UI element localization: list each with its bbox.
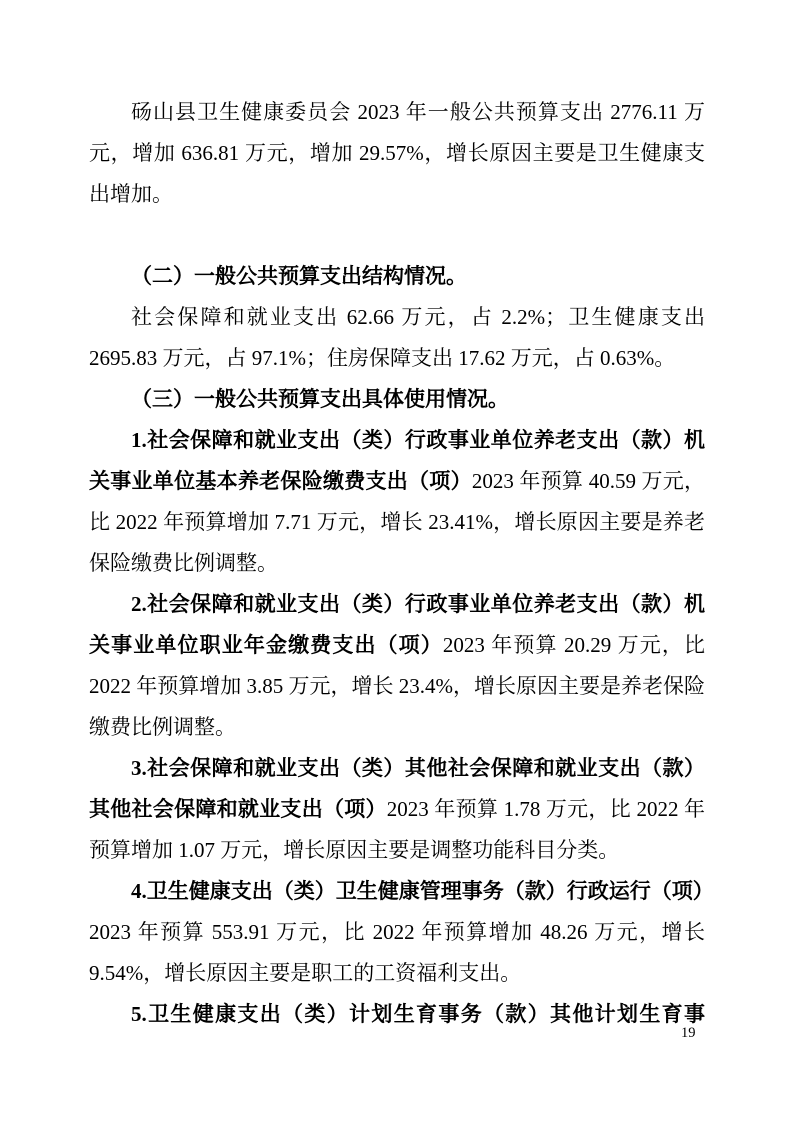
budget-item-5-title: 5.卫生健康支出（类）计划生育事务（款）其他计划生育事 <box>131 1002 705 1026</box>
page-number: 19 <box>681 1023 696 1043</box>
expenditure-structure-paragraph: 社会保障和就业支出 62.66 万元，占 2.2%；卫生健康支出 2695.83… <box>89 297 705 379</box>
budget-item-4-detail: 2023 年预算 553.91 万元，比 2022 年预算增加 48.26 万元… <box>89 920 705 985</box>
intro-paragraph: 砀山县卫生健康委员会 2023 年一般公共预算支出 2776.11 万元，增加 … <box>89 92 705 215</box>
budget-item-4: 4.卫生健康支出（类）卫生健康管理事务（款）行政运行（项）2023 年预算 55… <box>89 871 705 994</box>
budget-item-1: 1.社会保障和就业支出（类）行政事业单位养老支出（款）机关事业单位基本养老保险缴… <box>89 420 705 584</box>
document-body: 砀山县卫生健康委员会 2023 年一般公共预算支出 2776.11 万元，增加 … <box>89 92 705 1035</box>
blank-line <box>89 215 705 256</box>
budget-item-3: 3.社会保障和就业支出（类）其他社会保障和就业支出（款）其他社会保障和就业支出（… <box>89 748 705 871</box>
heading-expenditure-usage: （三）一般公共预算支出具体使用情况。 <box>89 379 705 420</box>
heading-expenditure-structure: （二）一般公共预算支出结构情况。 <box>89 256 705 297</box>
budget-item-5: 5.卫生健康支出（类）计划生育事务（款）其他计划生育事 <box>89 994 705 1035</box>
budget-item-2: 2.社会保障和就业支出（类）行政事业单位养老支出（款）机关事业单位职业年金缴费支… <box>89 584 705 748</box>
budget-item-4-title: 4.卫生健康支出（类）卫生健康管理事务（款）行政运行（项） <box>131 879 714 903</box>
document-page: 砀山县卫生健康委员会 2023 年一般公共预算支出 2776.11 万元，增加 … <box>0 0 793 1122</box>
